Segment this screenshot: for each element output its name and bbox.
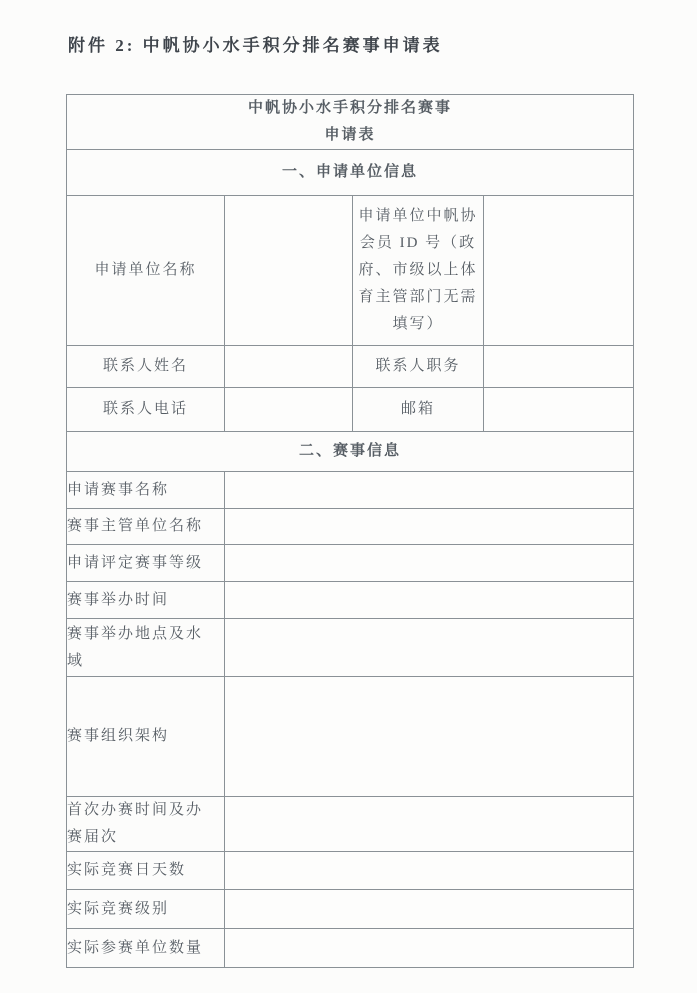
table-row: 首次办赛时间及办 赛届次 — [67, 797, 634, 852]
label-supervising-unit: 赛事主管单位名称 — [67, 509, 225, 545]
label-organization-structure: 赛事组织架构 — [67, 677, 225, 797]
input-supervising-unit — [225, 509, 634, 545]
table-row: 申请赛事名称 — [67, 472, 634, 509]
input-email — [484, 388, 634, 432]
table-row: 联系人电话 邮箱 — [67, 388, 634, 432]
label-event-name: 申请赛事名称 — [67, 472, 225, 509]
section1-header-row: 一、申请单位信息 — [67, 150, 634, 196]
table-row: 实际竞赛级别 — [67, 890, 634, 929]
table-row: 实际参赛单位数量 — [67, 929, 634, 968]
input-contact-phone — [225, 388, 353, 432]
table-row: 联系人姓名 联系人职务 — [67, 346, 634, 388]
label-contact-name: 联系人姓名 — [67, 346, 225, 388]
table-row: 赛事举办时间 — [67, 582, 634, 619]
input-organization-structure — [225, 677, 634, 797]
section2-header-row: 二、赛事信息 — [67, 432, 634, 472]
label-contact-position: 联系人职务 — [353, 346, 484, 388]
label-participating-units: 实际参赛单位数量 — [67, 929, 225, 968]
table-row: 申请评定赛事等级 — [67, 545, 634, 582]
table-row: 赛事举办地点及水 域 — [67, 619, 634, 677]
input-event-grade — [225, 545, 634, 582]
label-race-class: 实际竞赛级别 — [67, 890, 225, 929]
application-form-table: 中帆协小水手积分排名赛事 申请表 一、申请单位信息 申请单位名称 申请单位中帆协… — [66, 94, 634, 968]
section1-header: 一、申请单位信息 — [67, 150, 634, 196]
table-row: 申请单位名称 申请单位中帆协 会员 ID 号（政 府、市级以上体 育主管部门无需… — [67, 196, 634, 346]
form-title-row: 中帆协小水手积分排名赛事 申请表 — [67, 95, 634, 150]
label-race-days: 实际竞赛日天数 — [67, 852, 225, 890]
scanned-document-page: 附件 2: 中帆协小水手积分排名赛事申请表 中帆协小水手积分排名赛事 申请表 一… — [0, 0, 697, 993]
input-contact-name — [225, 346, 353, 388]
form-title-line1: 中帆协小水手积分排名赛事 — [67, 95, 633, 122]
label-event-time: 赛事举办时间 — [67, 582, 225, 619]
label-event-location: 赛事举办地点及水 域 — [67, 619, 225, 677]
input-member-id — [484, 196, 634, 346]
table-row: 赛事主管单位名称 — [67, 509, 634, 545]
label-applicant-unit-name: 申请单位名称 — [67, 196, 225, 346]
input-first-edition — [225, 797, 634, 852]
input-race-days — [225, 852, 634, 890]
input-event-time — [225, 582, 634, 619]
attachment-heading: 附件 2: 中帆协小水手积分排名赛事申请表 — [68, 31, 443, 56]
input-event-name — [225, 472, 634, 509]
form-title-cell: 中帆协小水手积分排名赛事 申请表 — [67, 95, 634, 150]
label-email: 邮箱 — [353, 388, 484, 432]
input-participating-units — [225, 929, 634, 968]
label-member-id: 申请单位中帆协 会员 ID 号（政 府、市级以上体 育主管部门无需 填写） — [353, 196, 484, 346]
label-event-grade: 申请评定赛事等级 — [67, 545, 225, 582]
label-contact-phone: 联系人电话 — [67, 388, 225, 432]
label-first-edition: 首次办赛时间及办 赛届次 — [67, 797, 225, 852]
table-row: 赛事组织架构 — [67, 677, 634, 797]
input-event-location — [225, 619, 634, 677]
input-contact-position — [484, 346, 634, 388]
section2-header: 二、赛事信息 — [67, 432, 634, 472]
input-applicant-unit-name — [225, 196, 353, 346]
form-title-line2: 申请表 — [67, 122, 633, 149]
table-row: 实际竞赛日天数 — [67, 852, 634, 890]
input-race-class — [225, 890, 634, 929]
